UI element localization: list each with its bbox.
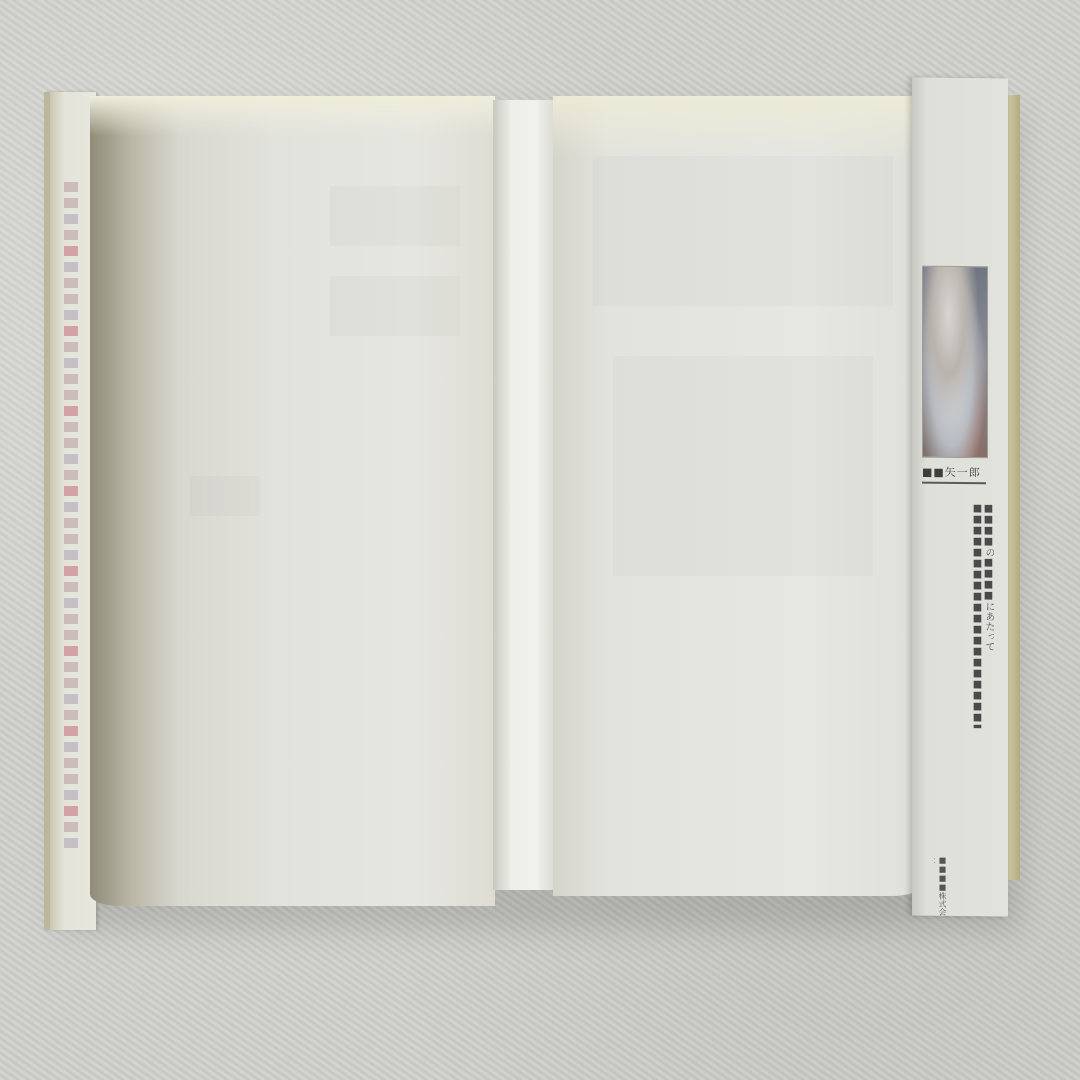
show-through-block	[613, 356, 873, 576]
divider	[922, 482, 986, 485]
show-through-block	[330, 276, 460, 336]
publisher-name: ■■■■株式会社	[934, 856, 948, 916]
author-photo	[922, 266, 988, 459]
photo-scene: ■■矢一郎 ■■■■の■■■■にあたって■■■■■■■■■■■■■■■■■■■■…	[0, 0, 1080, 1080]
author-bio: ■■■■の■■■■にあたって■■■■■■■■■■■■■■■■■■■■■■■■	[918, 503, 994, 729]
page-top-highlight	[90, 96, 495, 136]
show-through-block	[330, 186, 460, 246]
left-page	[90, 96, 495, 906]
show-through-block	[190, 476, 260, 516]
left-flap-text	[64, 182, 78, 902]
author-name: ■■矢一郎	[922, 464, 988, 481]
page-top-highlight	[553, 96, 921, 156]
book-gutter	[493, 100, 555, 890]
show-through-block	[593, 156, 893, 306]
left-jacket-flap	[44, 92, 96, 930]
right-jacket-flap: ■■矢一郎 ■■■■の■■■■にあたって■■■■■■■■■■■■■■■■■■■■…	[912, 77, 1008, 916]
right-page	[553, 96, 921, 896]
